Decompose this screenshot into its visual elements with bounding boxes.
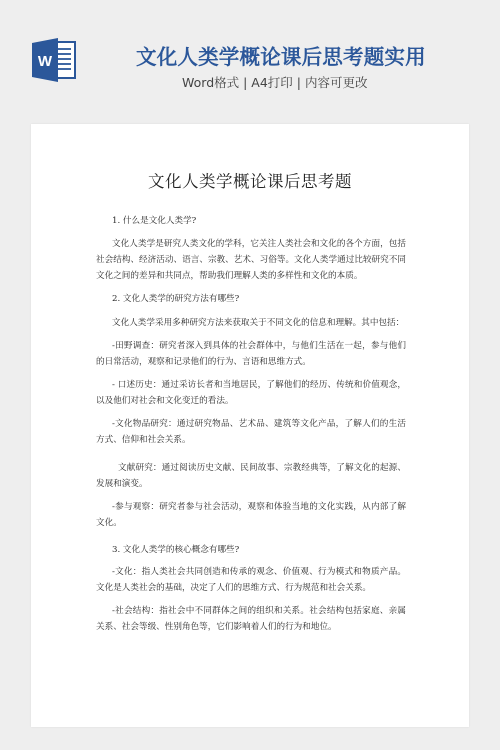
method-fieldwork: -田野调查：研究者深入到具体的社会群体中，与他们生活在一起，参与他们的日常活动，… bbox=[96, 339, 406, 371]
method-oral-history: - 口述历史：通过采访长者和当地居民，了解他们的经历、传统和价值观念，以及他们对… bbox=[96, 378, 406, 410]
word-doc-icon: W bbox=[31, 38, 77, 82]
banner-subtitle: Word格式 | A4打印 | 内容可更改 bbox=[182, 75, 367, 91]
method-material-culture: -文化物品研究：通过研究物品、艺术品、建筑等文化产品，了解人们的生活方式、信仰和… bbox=[96, 417, 406, 449]
banner-title: 文化人类学概论课后思考题实用 bbox=[136, 44, 436, 70]
method-participant-observation: -参与观察：研究者参与社会活动，观察和体验当地的文化实践，从内部了解文化。 bbox=[96, 500, 406, 532]
svg-text:W: W bbox=[38, 53, 53, 70]
question-3: 3. 文化人类学的核心概念有哪些? bbox=[112, 543, 239, 557]
header-banner: W 文化人类学概论课后思考题实用 Word格式 | A4打印 | 内容可更改 bbox=[0, 0, 500, 110]
question-2: 2. 文化人类学的研究方法有哪些? bbox=[112, 292, 239, 306]
document-page: 文化人类学概论课后思考题 1. 什么是文化人类学? 文化人类学是研究人类文化的学… bbox=[31, 124, 469, 727]
concept-social-structure: -社会结构：指社会中不同群体之间的组织和关系。社会结构包括家庭、亲属关系、社会等… bbox=[96, 604, 406, 636]
document-title: 文化人类学概论课后思考题 bbox=[31, 172, 469, 192]
answer-2-intro: 文化人类学采用多种研究方法来获取关于不同文化的信息和理解。其中包括： bbox=[96, 316, 406, 332]
concept-culture: -文化：指人类社会共同创造和传承的观念、价值观、行为模式和物质产品。文化是人类社… bbox=[96, 565, 406, 597]
answer-1-paragraph: 文化人类学是研究人类文化的学科，它关注人类社会和文化的各个方面，包括社会结构、经… bbox=[96, 237, 406, 284]
method-literature: 文献研究：通过阅读历史文献、民间故事、宗教经典等，了解文化的起源、发展和演变。 bbox=[96, 461, 406, 493]
question-1: 1. 什么是文化人类学? bbox=[112, 214, 196, 228]
